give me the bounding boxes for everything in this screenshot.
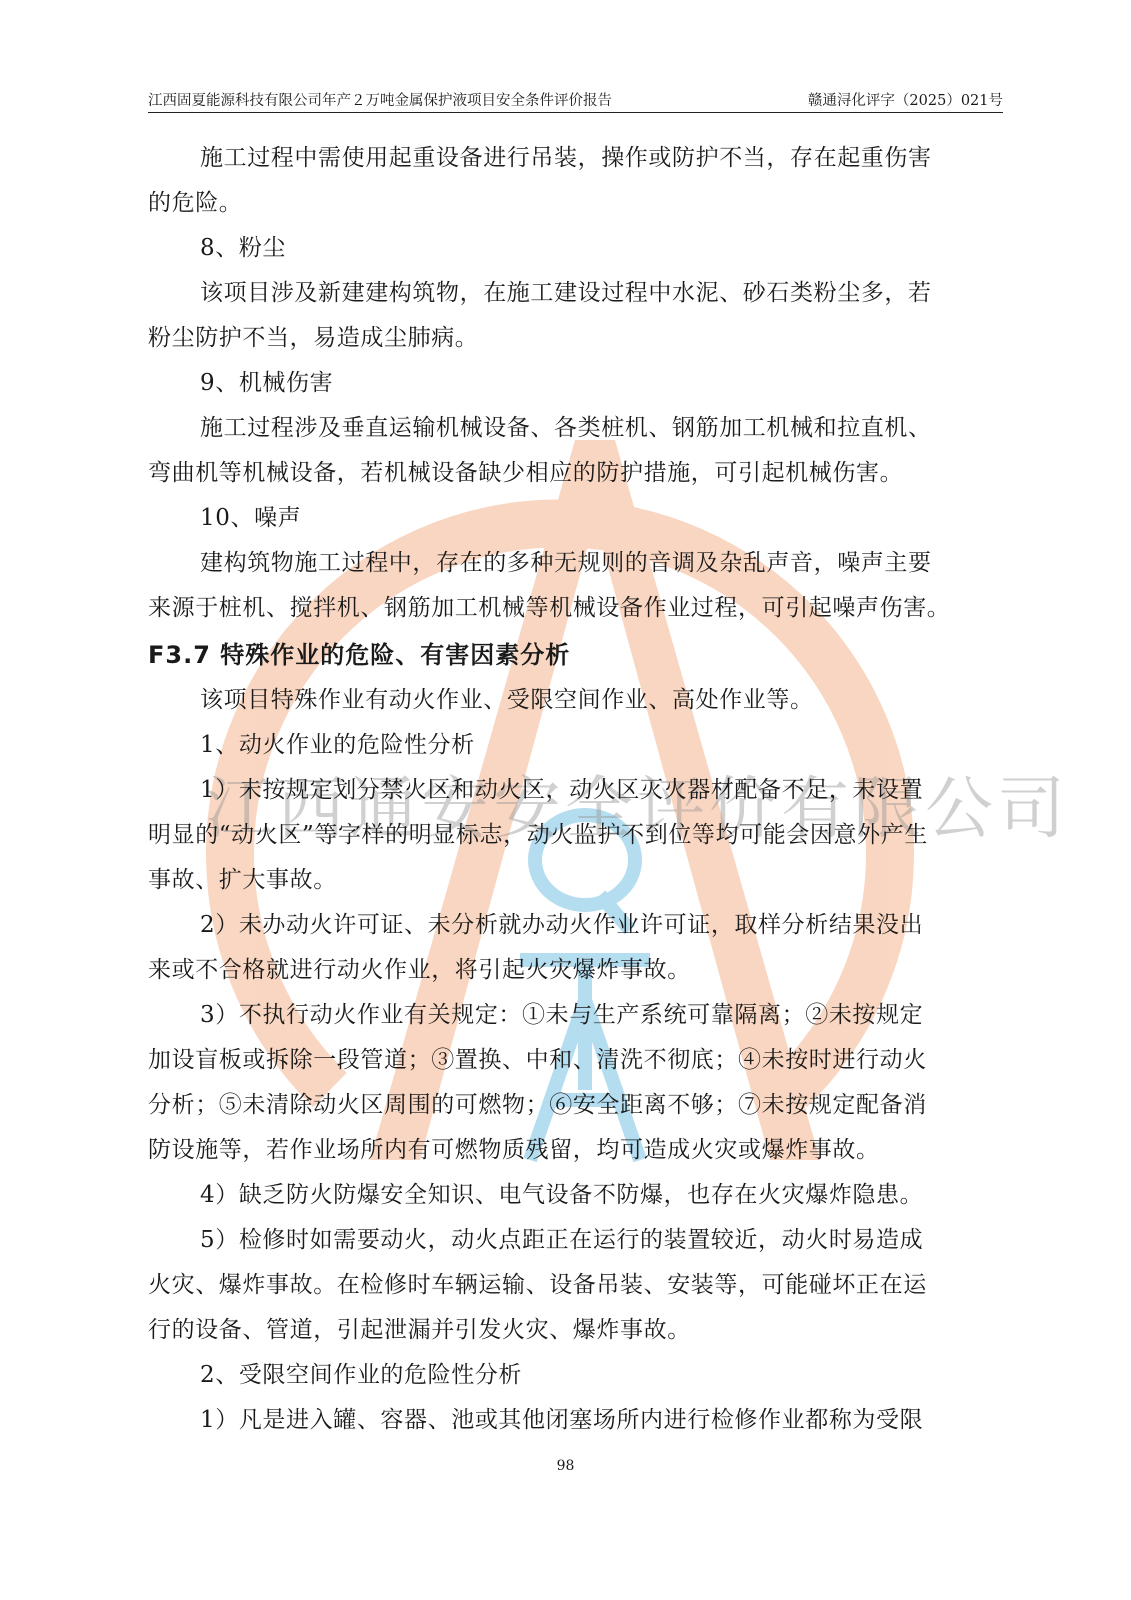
paragraph-line: 防设施等，若作业场所内有可燃物质残留，均可造成火灾或爆炸事故。 <box>148 1128 1006 1173</box>
document-number: 赣通浔化评字（2025）021号 <box>808 92 1003 110</box>
paragraph-line: 明显的“动火区”等字样的明显标志，动火监护不到位等均可能会因意外产生 <box>148 813 1006 858</box>
paragraph-line: 行的设备、管道，引起泄漏并引发火灾、爆炸事故。 <box>148 1308 1006 1353</box>
paragraph-line: 火灾、爆炸事故。在检修时车辆运输、设备吊装、安装等，可能碰坏正在运 <box>148 1263 1006 1308</box>
document-body: 施工过程中需使用起重设备进行吊装，操作或防护不当，存在起重伤害的危险。8、粉尘该… <box>148 136 1006 1443</box>
paragraph-line: 加设盲板或拆除一段管道；③置换、中和、清洗不彻底；④未按时进行动火 <box>148 1038 1006 1083</box>
paragraph-line: 施工过程中需使用起重设备进行吊装，操作或防护不当，存在起重伤害 <box>148 136 1006 181</box>
list-item-heading: 8、粉尘 <box>148 226 1006 271</box>
paragraph-line: 该项目涉及新建建构筑物，在施工建设过程中水泥、砂石类粉尘多，若 <box>148 271 1006 316</box>
page-number: 98 <box>0 1458 1131 1474</box>
section-heading: F3.7 特殊作业的危险、有害因素分析 <box>148 633 1006 678</box>
paragraph-line: 弯曲机等机械设备，若机械设备缺少相应的防护措施，可引起机械伤害。 <box>148 451 1006 496</box>
paragraph-line: 5）检修时如需要动火，动火点距正在运行的装置较近，动火时易造成 <box>148 1218 1006 1263</box>
report-title: 江西固夏能源科技有限公司年产２万吨金属保护液项目安全条件评价报告 <box>148 92 612 110</box>
paragraph-line: 建构筑物施工过程中，存在的多种无规则的音调及杂乱声音，噪声主要 <box>148 541 1006 586</box>
paragraph-line: 粉尘防护不当，易造成尘肺病。 <box>148 316 1006 361</box>
list-item-heading: 1、动火作业的危险性分析 <box>148 723 1006 768</box>
paragraph-line: 的危险。 <box>148 181 1006 226</box>
paragraph-line: 施工过程涉及垂直运输机械设备、各类桩机、钢筋加工机械和拉直机、 <box>148 406 1006 451</box>
list-item-heading: 2、受限空间作业的危险性分析 <box>148 1353 1006 1398</box>
paragraph-line: 1）凡是进入罐、容器、池或其他闭塞场所内进行检修作业都称为受限 <box>148 1398 1006 1443</box>
paragraph-line: 4）缺乏防火防爆安全知识、电气设备不防爆，也存在火灾爆炸隐患。 <box>148 1173 1006 1218</box>
paragraph-line: 3）不执行动火作业有关规定：①未与生产系统可靠隔离；②未按规定 <box>148 993 1006 1038</box>
paragraph-line: 事故、扩大事故。 <box>148 858 1006 903</box>
page-header: 江西固夏能源科技有限公司年产２万吨金属保护液项目安全条件评价报告 赣通浔化评字（… <box>148 92 1003 113</box>
paragraph-line: 来源于桩机、搅拌机、钢筋加工机械等机械设备作业过程，可引起噪声伤害。 <box>148 586 1006 631</box>
list-item-heading: 10、噪声 <box>148 496 1006 541</box>
paragraph-line: 2）未办动火许可证、未分析就办动火作业许可证，取样分析结果没出 <box>148 903 1006 948</box>
paragraph-line: 分析；⑤未清除动火区周围的可燃物；⑥安全距离不够；⑦未按规定配备消 <box>148 1083 1006 1128</box>
paragraph-line: 来或不合格就进行动火作业，将引起火灾爆炸事故。 <box>148 948 1006 993</box>
paragraph-line: 该项目特殊作业有动火作业、受限空间作业、高处作业等。 <box>148 678 1006 723</box>
paragraph-line: 1）未按规定划分禁火区和动火区，动火区灭火器材配备不足，未设置 <box>148 768 1006 813</box>
list-item-heading: 9、机械伤害 <box>148 361 1006 406</box>
